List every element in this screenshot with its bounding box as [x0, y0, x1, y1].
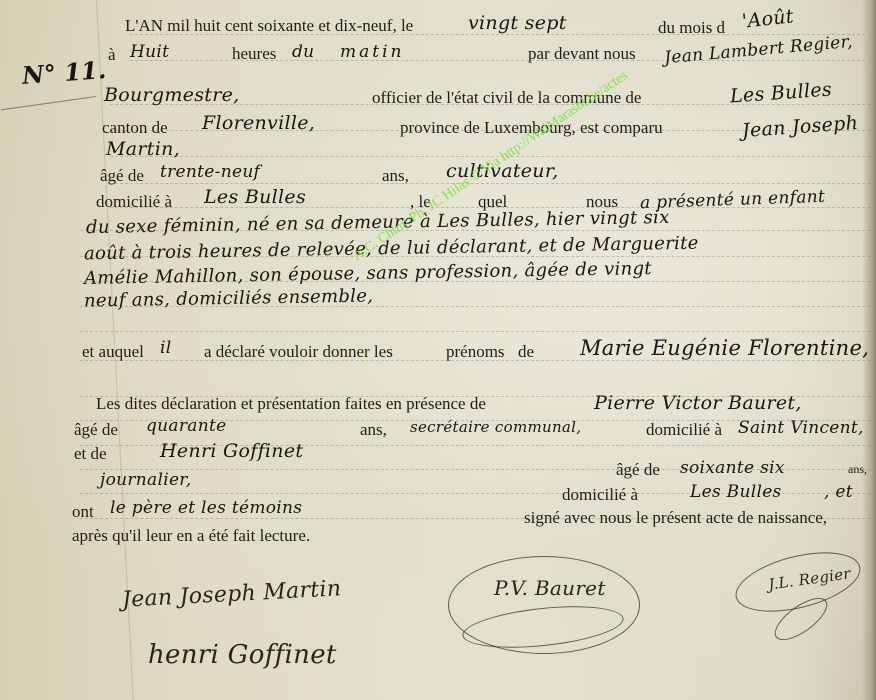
- hand-age: trente-neuf: [160, 162, 260, 182]
- hand-witness1: Pierre Victor Bauret,: [594, 392, 802, 414]
- printed-declare: a déclaré vouloir donner les: [204, 342, 393, 362]
- hand-profession-w1: secrétaire communal,: [410, 418, 581, 436]
- printed-age-w2: âgé de: [616, 460, 660, 480]
- hand-profession-w2: journalier,: [100, 470, 192, 490]
- ruled-line: [80, 331, 870, 332]
- hand-period: matin: [340, 42, 404, 62]
- document-page: N° 11. L'AN mil huit cent soixante et di…: [0, 0, 876, 700]
- printed-lecture: après qu'il leur en a été fait lecture.: [72, 526, 310, 546]
- printed-signe: signé avec nous le présent acte de naiss…: [524, 508, 827, 528]
- printed-domicile: domicilié à: [96, 192, 172, 212]
- printed-auquel: et auquel: [82, 342, 144, 362]
- printed-domicile-w1: domicilié à: [646, 420, 722, 440]
- hand-domicile: Les Bulles: [204, 186, 306, 208]
- hand-declarant-firstnames: Jean Joseph: [741, 112, 858, 142]
- hand-signers: le père et les témoins: [110, 498, 302, 518]
- signature-witness2: henri Goffinet: [148, 640, 337, 670]
- hand-canton: Florenville,: [202, 112, 315, 134]
- hand-child-names: Marie Eugénie Florentine,: [580, 336, 869, 360]
- signature-witness1: P.V. Bauret: [494, 576, 606, 600]
- printed-canton: canton de: [102, 118, 168, 138]
- printed-ans-w2: ans,: [848, 462, 867, 477]
- printed-domicile-w2: domicilié à: [562, 485, 638, 505]
- printed-a: à: [108, 45, 116, 65]
- printed-ans: ans,: [382, 166, 409, 186]
- hand-age-w2: soixante six: [680, 458, 785, 478]
- hand-witness2: Henri Goffinet: [160, 440, 303, 462]
- signature-father: Jean Joseph Martin: [121, 576, 341, 612]
- printed-ont: ont: [72, 502, 94, 522]
- printed-de: de: [518, 342, 534, 362]
- hand-domicile-w1: Saint Vincent,: [738, 418, 864, 438]
- printed-age-w1: âgé de: [74, 420, 118, 440]
- printed-year-clause: L'AN mil huit cent soixante et dix-neuf,…: [125, 16, 413, 36]
- hand-hour: Huit: [130, 42, 169, 62]
- printed-heures: heures: [232, 44, 276, 64]
- printed-presence: Les dites déclaration et présentation fa…: [96, 394, 486, 414]
- hand-domicile-w2: Les Bulles: [690, 482, 782, 502]
- printed-par-devant: par devant nous: [528, 44, 636, 64]
- hand-day: vingt sept: [468, 12, 567, 34]
- ruled-line: [110, 183, 870, 184]
- hand-month: 'Août: [741, 5, 795, 32]
- hand-conjunction: , et: [824, 482, 853, 502]
- hand-declarant-surname: Martin,: [106, 138, 180, 160]
- printed-age: âgé de: [100, 166, 144, 186]
- printed-prenoms: prénoms: [446, 342, 505, 362]
- printed-et-de: et de: [74, 444, 107, 464]
- hand-age-w1: quarante: [146, 416, 226, 436]
- hand-du: du: [292, 42, 314, 62]
- hand-title: Bourgmestre,: [104, 84, 240, 106]
- printed-month-label: du mois d: [658, 18, 725, 38]
- printed-ans-w1: ans,: [360, 420, 387, 440]
- hand-body-line-4: neuf ans, domiciliés ensemble,: [84, 285, 374, 311]
- act-number: N° 11.: [21, 55, 107, 90]
- hand-pronoun: il: [160, 338, 171, 358]
- margin-stroke: [1, 96, 96, 110]
